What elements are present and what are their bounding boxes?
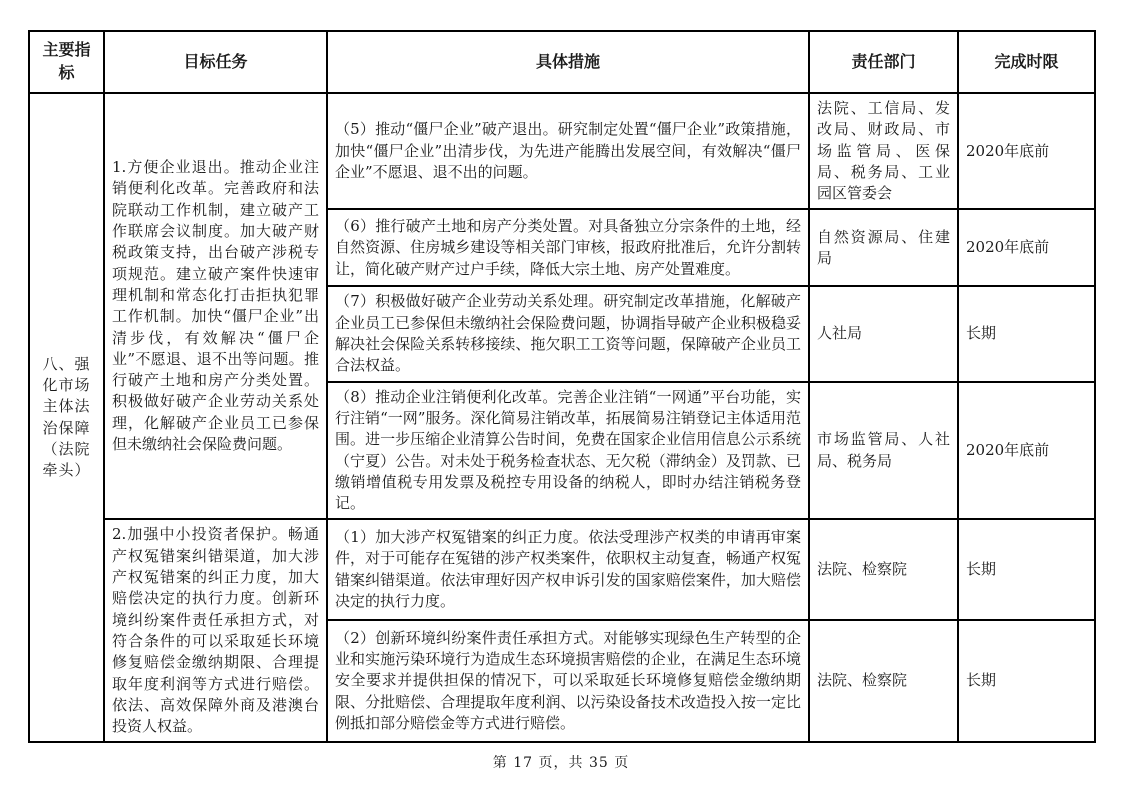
- deadline-cell: 2020年底前: [958, 209, 1095, 286]
- department-cell: 人社局: [809, 286, 958, 381]
- department-cell: 法院、工信局、发改局、财政局、市场监管局、医保局、税务局、工业园区管委会: [809, 93, 958, 209]
- table-row: 2.加强中小投资者保护。畅通产权冤错案纠错渠道，加大涉产权冤错案的纠正力度，加大…: [29, 519, 1095, 619]
- deadline-cell: 2020年底前: [958, 93, 1095, 209]
- header-task: 目标任务: [104, 31, 327, 93]
- department-cell: 市场监管局、人社局、税务局: [809, 382, 958, 520]
- table-header-row: 主要指标 目标任务 具体措施 责任部门 完成时限: [29, 31, 1095, 93]
- task-cell-1: 1.方便企业退出。推动企业注销便利化改革。完善政府和法院联动工作机制，建立破产工…: [104, 93, 327, 519]
- deadline-cell: 长期: [958, 519, 1095, 619]
- deadline-cell: 长期: [958, 620, 1095, 743]
- deadline-cell: 长期: [958, 286, 1095, 381]
- document-page: 主要指标 目标任务 具体措施 责任部门 完成时限 八、强化市场主体法治保障（法院…: [0, 0, 1122, 793]
- table-row: 八、强化市场主体法治保障（法院牵头） 1.方便企业退出。推动企业注销便利化改革。…: [29, 93, 1095, 209]
- header-department: 责任部门: [809, 31, 958, 93]
- department-cell: 法院、检察院: [809, 620, 958, 743]
- measure-cell-2: （2）创新环境纠纷案件责任承担方式。对能够实现绿色生产转型的企业和实施污染环境行…: [327, 620, 809, 743]
- department-cell: 法院、检察院: [809, 519, 958, 619]
- task-cell-2: 2.加强中小投资者保护。畅通产权冤错案纠错渠道，加大涉产权冤错案的纠正力度，加大…: [104, 519, 327, 742]
- page-number-footer: 第 17 页，共 35 页: [0, 752, 1122, 772]
- measure-cell-5: （5）推动“僵尸企业”破产退出。研究制定处置“僵尸企业”政策措施，加快“僵尸企业…: [327, 93, 809, 209]
- work-plan-table: 主要指标 目标任务 具体措施 责任部门 完成时限 八、强化市场主体法治保障（法院…: [28, 30, 1096, 743]
- measure-cell-7: （7）积极做好破产企业劳动关系处理。研究制定改革措施，化解破产企业员工已参保但未…: [327, 286, 809, 381]
- measure-cell-1: （1）加大涉产权冤错案的纠正力度。依法受理涉产权类的申请再审案件，对于可能存在冤…: [327, 519, 809, 619]
- measure-cell-8: （8）推动企业注销便利化改革。完善企业注销“一网通”平台功能，实行注销“一网”服…: [327, 382, 809, 520]
- header-measure: 具体措施: [327, 31, 809, 93]
- header-deadline: 完成时限: [958, 31, 1095, 93]
- measure-cell-6: （6）推行破产土地和房产分类处置。对具备独立分宗条件的土地，经自然资源、住房城乡…: [327, 209, 809, 286]
- indicator-cell: 八、强化市场主体法治保障（法院牵头）: [29, 93, 104, 742]
- deadline-cell: 2020年底前: [958, 382, 1095, 520]
- department-cell: 自然资源局、住建局: [809, 209, 958, 286]
- header-indicator: 主要指标: [29, 31, 104, 93]
